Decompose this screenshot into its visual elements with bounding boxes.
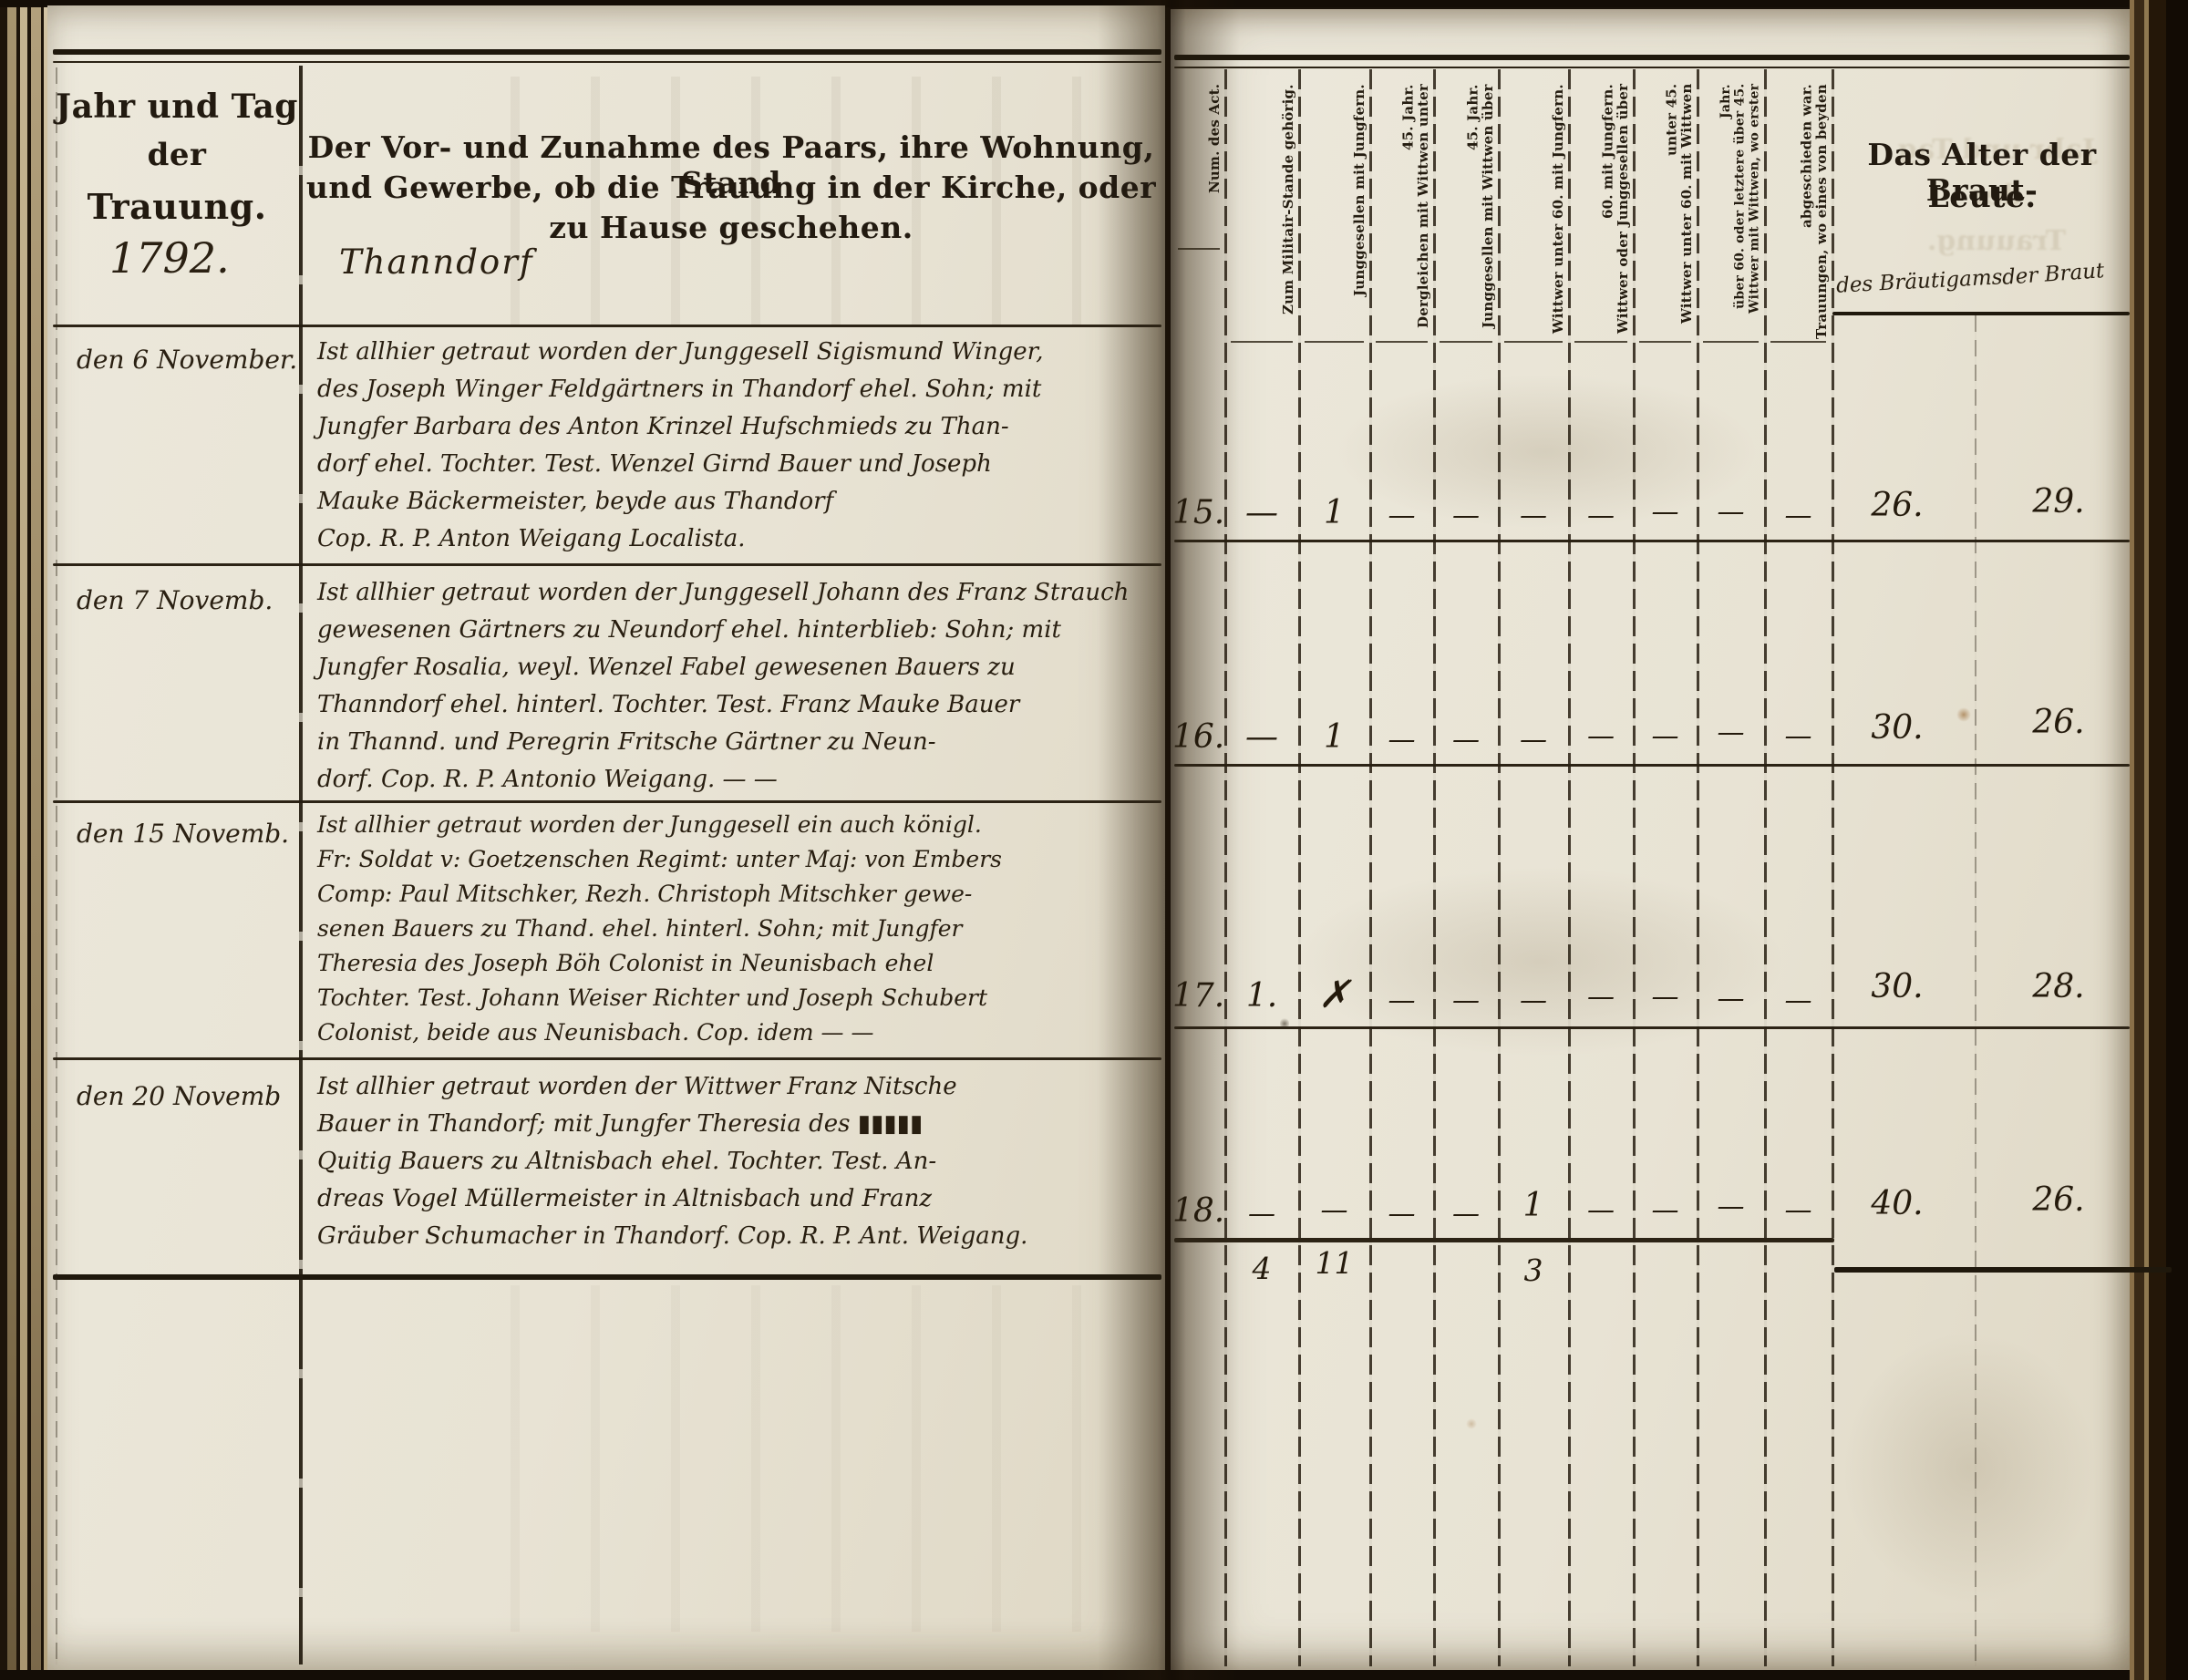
table-rule-top-bold	[53, 49, 1161, 55]
bleedthrough-smudge	[1842, 1331, 2097, 1604]
column-header-tick	[1178, 248, 1220, 250]
table-rule-row-bold	[1174, 1238, 1834, 1242]
column-header-tick	[1770, 341, 1826, 343]
table-line-age-divider	[1975, 315, 1976, 1666]
stat-cell: —	[1227, 494, 1296, 531]
photo-bottom-edge	[0, 1670, 2188, 1680]
stat-cell: —	[1571, 1194, 1631, 1226]
stat-cell: —	[1436, 984, 1496, 1016]
stat-cell: —	[1636, 720, 1695, 752]
table-line-left-border	[56, 67, 57, 1665]
bride-age: 26.	[1993, 1181, 2124, 1219]
column-header-tick	[1440, 341, 1492, 343]
column-header: Junggesellen mit Jungfern.	[1301, 84, 1367, 341]
stat-cell: —	[1372, 984, 1431, 1016]
column-header: Wittwer unter 60. mit Jungfern.	[1501, 84, 1566, 341]
stat-cell: —	[1571, 720, 1631, 752]
ghost-line: Trauung.	[1878, 219, 2115, 264]
stat-cell: 1	[1501, 1187, 1566, 1224]
groom-age: 30.	[1836, 968, 1958, 1005]
book-left-edge	[0, 0, 51, 1680]
stat-cell: —	[1767, 984, 1830, 1016]
stat-cell: —	[1571, 500, 1631, 531]
column-header-tick	[1231, 341, 1293, 343]
entry-line: Bauer in Thandorf; mit Jungfer Theresia …	[317, 1106, 1160, 1143]
stat-cell: —	[1372, 724, 1431, 756]
table-rule-row	[1174, 764, 2130, 767]
stat-cell: 1.	[1227, 977, 1296, 1015]
totals-cell-militair: 4	[1227, 1251, 1296, 1286]
stat-cell: 1	[1301, 494, 1367, 531]
place-annotation: Thanndorf	[339, 242, 534, 282]
table-rule-top-bold	[1174, 55, 2130, 60]
bride-age: 29.	[1993, 483, 2124, 520]
entry-date: den 20 Novemb	[77, 1081, 281, 1111]
groom-age: 26.	[1836, 487, 1958, 524]
entry-line: senen Bauers zu Thand. ehel. hinterl. So…	[317, 912, 1160, 946]
column-header-tick	[1305, 341, 1364, 343]
date-column-header-line: der	[55, 137, 299, 173]
book-right-edge	[2130, 0, 2188, 1680]
stat-cell: —	[1571, 981, 1631, 1013]
stat-cell: —	[1767, 1194, 1830, 1226]
groom-age: 40.	[1836, 1185, 1958, 1222]
stat-cell: 1	[1301, 718, 1367, 756]
paper-stain	[1956, 707, 1971, 722]
entry-line: Cop. R. P. Anton Weigang Localista.	[317, 520, 1160, 558]
entry-line: dorf ehel. Tochter. Test. Wenzel Girnd B…	[317, 446, 1160, 483]
table-rule-row	[1174, 1026, 2130, 1029]
row-number: 17.	[1172, 977, 1223, 1015]
stat-cell: —	[1436, 1198, 1496, 1230]
table-rule-row	[53, 800, 1161, 803]
entry-line: Ist allhier getraut worden der Wittwer F…	[317, 1068, 1160, 1106]
stat-cell: —	[1699, 496, 1762, 528]
entry-line: Ist allhier getraut worden der Junggesel…	[317, 574, 1160, 612]
stat-cell: —	[1636, 1194, 1695, 1226]
entry-line: Mauke Bäckermeister, beyde aus Thandorf	[317, 483, 1160, 520]
date-column-header-line: Trauung.	[55, 186, 299, 227]
stat-cell: —	[1767, 720, 1830, 752]
entry-line: des Joseph Winger Feldgärtners in Thando…	[317, 371, 1160, 408]
table-rule-row	[53, 1057, 1161, 1060]
entry-line: Jungfer Rosalia, weyl. Wenzel Fabel gewe…	[317, 649, 1160, 686]
groom-age: 30.	[1836, 709, 1958, 747]
entry-line: Thanndorf ehel. hinterl. Tochter. Test. …	[317, 686, 1160, 724]
entry-date: den 7 Novemb.	[77, 585, 273, 615]
entry-line: Theresia des Joseph Böh Colonist in Neun…	[317, 946, 1160, 981]
entry-line: Tochter. Test. Johann Weiser Richter und…	[317, 981, 1160, 1015]
stat-cell: —	[1767, 500, 1830, 531]
paper-stain	[1466, 1418, 1477, 1429]
register-header-line: und Gewerbe, ob die Trauung in der Kirch…	[304, 170, 1158, 205]
year-annotation: 1792.	[109, 233, 230, 283]
entry-line: Jungfer Barbara des Anton Krinzel Hufsch…	[317, 408, 1160, 446]
table-rule-header	[53, 325, 1161, 327]
table-rule-row-bold	[53, 1274, 1161, 1280]
column-header: Dergleichen mit Wittwen unter 45. Jahr.	[1372, 84, 1431, 341]
entry-block: Ist allhier getraut worden der Junggesel…	[317, 334, 1160, 558]
stat-cell: —	[1436, 724, 1496, 756]
column-header-tick	[1639, 341, 1691, 343]
stat-cell: —	[1372, 500, 1431, 531]
column-header: Junggesellen mit Wittwen über 45. Jahr.	[1436, 84, 1496, 341]
entry-line: Ist allhier getraut worden der Junggesel…	[317, 334, 1160, 371]
entry-line: dorf. Cop. R. P. Antonio Weigang. — —	[317, 761, 1160, 799]
column-header-tick	[1376, 341, 1428, 343]
row-number: 18.	[1172, 1192, 1223, 1230]
entry-line: dreas Vogel Müllermeister in Altnisbach …	[317, 1180, 1160, 1218]
entry-line: gewesenen Gärtners zu Neundorf ehel. hin…	[317, 612, 1160, 649]
column-header-tick	[1703, 341, 1759, 343]
row-number: 15.	[1172, 494, 1223, 531]
register-header-line: zu Hause geschehen.	[304, 210, 1158, 245]
stat-cell: —	[1372, 1198, 1431, 1230]
table-rule-row	[1174, 540, 2130, 542]
stat-cell: —	[1699, 716, 1762, 748]
stat-cell: —	[1436, 500, 1496, 531]
table-rule-row-bold	[1834, 1267, 2172, 1273]
stat-cell: —	[1227, 718, 1296, 756]
stat-cell: —	[1501, 500, 1566, 531]
table-rule-top-thin	[1174, 67, 2130, 68]
page-stack-strip	[20, 0, 27, 1680]
table-line-date-divider	[299, 66, 303, 1665]
entry-line: Quitig Bauers zu Altnisbach ehel. Tochte…	[317, 1143, 1160, 1180]
bride-age: 28.	[1993, 968, 2124, 1005]
bleedthrough-columns	[511, 1285, 1149, 1632]
column-header: Wittwer unter 60. mit Wittwen unter 45.	[1636, 84, 1695, 341]
row-number: 16.	[1172, 718, 1223, 756]
totals-cell-junggesellen: 11	[1301, 1245, 1367, 1281]
table-rule-age-header	[1832, 312, 2130, 315]
entry-line: Comp: Paul Mitschker, Rezh. Christoph Mi…	[317, 877, 1160, 912]
column-header: Wittwer oder Junggesellen über 60. mit J…	[1571, 84, 1631, 341]
date-column-header-line: Jahr und Tag	[55, 88, 299, 126]
entry-line: in Thannd. und Peregrin Fritsche Gärtner…	[317, 724, 1160, 761]
stat-cell: —	[1636, 981, 1695, 1013]
age-header-line: Leute.	[1834, 179, 2130, 214]
stat-cell: —	[1501, 724, 1566, 756]
column-header: Num. des Act.	[1175, 84, 1223, 341]
entry-line: Ist allhier getraut worden der Junggesel…	[317, 808, 1160, 842]
entry-block: Ist allhier getraut worden der Junggesel…	[317, 574, 1160, 799]
table-rule-row	[53, 563, 1161, 566]
stat-cell: —	[1699, 983, 1762, 1015]
stat-cell: —	[1636, 496, 1695, 528]
bride-age: 26.	[1993, 704, 2124, 741]
entry-date: den 6 November.	[77, 345, 297, 375]
entry-line: Colonist, beide aus Neunisbach. Cop. ide…	[317, 1015, 1160, 1050]
table-line-column	[1832, 69, 1834, 1666]
column-header-tick	[1574, 341, 1627, 343]
entry-line: Gräuber Schumacher in Thandorf. Cop. R. …	[317, 1218, 1160, 1255]
column-header: Trauungen, wo eines von beyden abgeschie…	[1767, 84, 1830, 341]
entry-date: den 15 Novemb.	[77, 819, 289, 849]
entry-block: Ist allhier getraut worden der Junggesel…	[317, 808, 1160, 1050]
stat-cell: —	[1699, 1190, 1762, 1222]
page-stack-strip	[31, 0, 41, 1680]
column-header: Zum Militair-Stande gehörig.	[1227, 84, 1296, 341]
column-header: Wittwer mit Wittwen, wo erster über 60. …	[1699, 84, 1762, 341]
entry-line: Fr: Soldat v: Goetzenschen Regimt: unter…	[317, 842, 1160, 877]
book-photo: Jahr und Tag der Trauung. Jahr und Tag d…	[0, 0, 2188, 1680]
totals-cell-wittwer: 3	[1501, 1252, 1566, 1288]
page-stack-strip	[7, 0, 16, 1680]
stat-cell: —	[1227, 1198, 1296, 1230]
stat-cell: —	[1301, 1194, 1367, 1226]
column-header-tick	[1504, 341, 1563, 343]
entry-block: Ist allhier getraut worden der Wittwer F…	[317, 1068, 1160, 1255]
stat-cell: —	[1501, 984, 1566, 1016]
table-rule-top-thin	[53, 61, 1161, 63]
stat-cell-crossed-out: ✗	[1301, 972, 1367, 1016]
